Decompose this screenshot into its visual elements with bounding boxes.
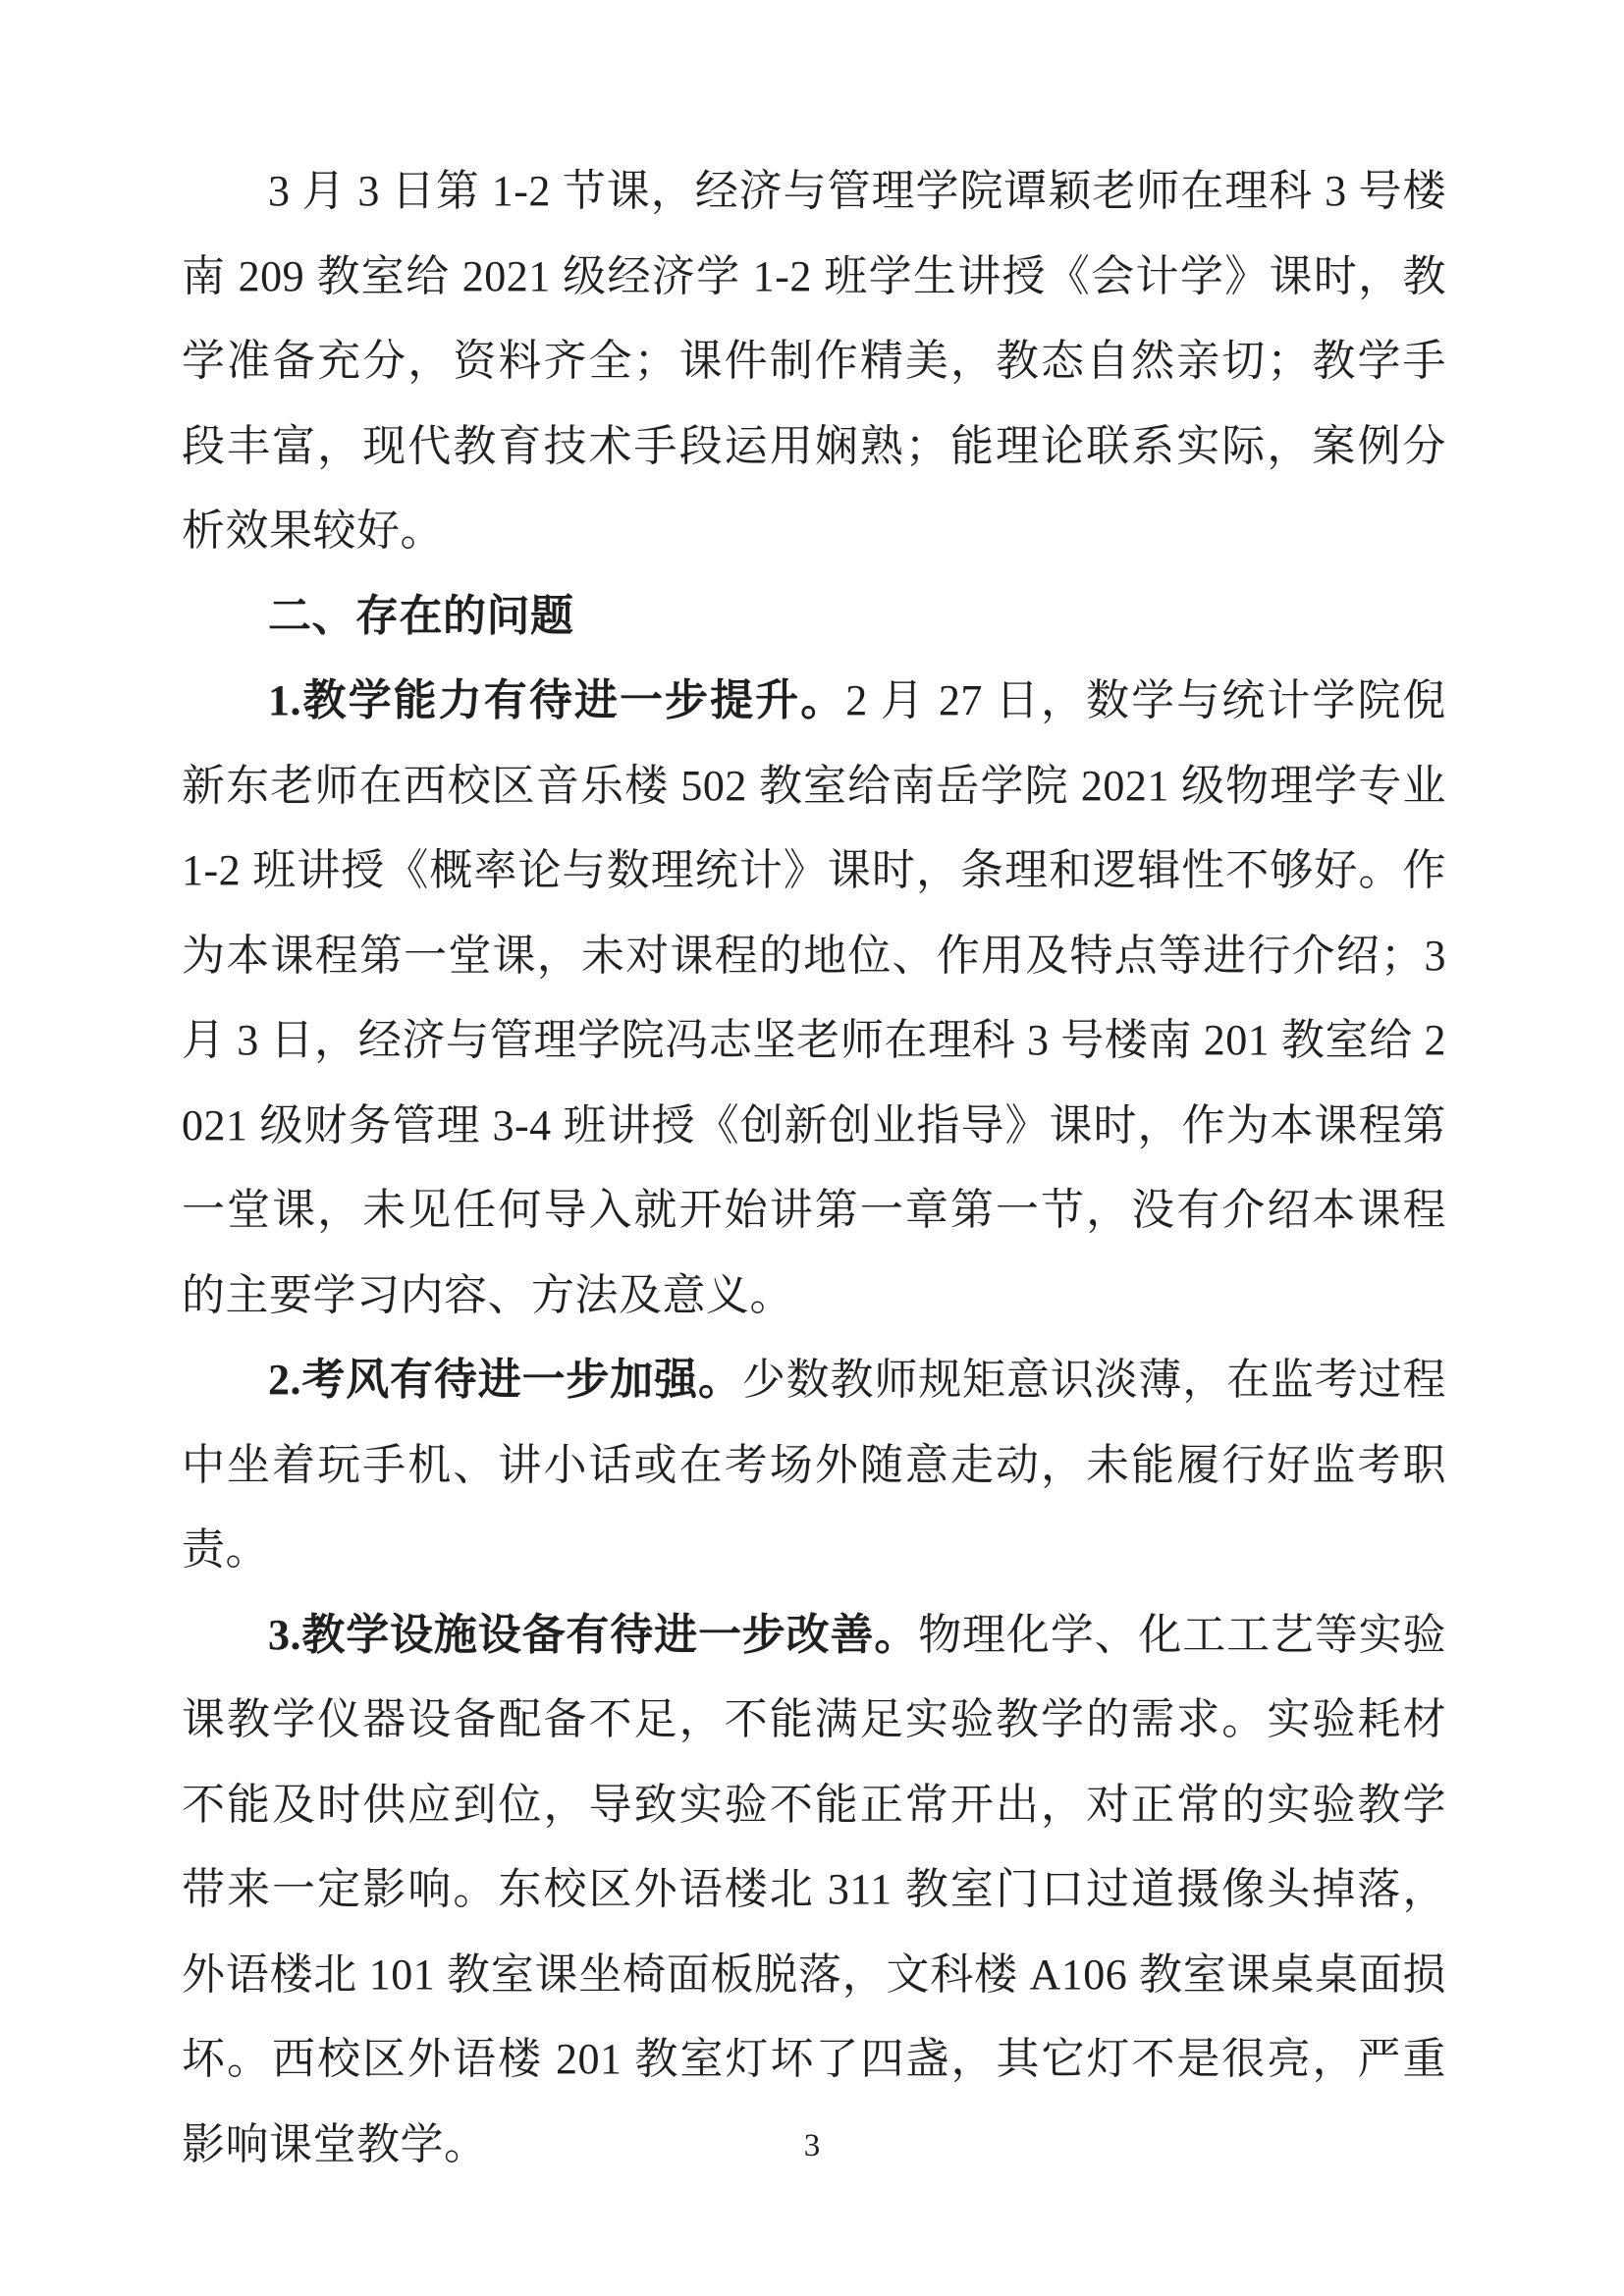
body-text: 3 月 3 日第 1-2 节课，经济与管理学院谭颖老师在理科 3 号楼南 209… xyxy=(182,167,1446,555)
paragraph: 1.教学能力有待进一步提升。2 月 27 日，数学与统计学院倪新东老师在西校区音… xyxy=(182,659,1446,1338)
section-heading: 二、存在的问题 xyxy=(182,574,1446,660)
emphasis-text: 二、存在的问题 xyxy=(268,592,574,640)
paragraph: 2.考风有待进一步加强。少数教师规矩意识淡薄，在监考过程中坐着玩手机、讲小话或在… xyxy=(182,1338,1446,1593)
paragraph: 3 月 3 日第 1-2 节课，经济与管理学院谭颖老师在理科 3 号楼南 209… xyxy=(182,149,1446,574)
document-page: 3 月 3 日第 1-2 节课，经济与管理学院谭颖老师在理科 3 号楼南 209… xyxy=(0,0,1624,2296)
body-text: 物理化学、化工工艺等实验课教学仪器设备配备不足，不能满足实验教学的需求。实验耗材… xyxy=(182,1611,1446,2168)
emphasis-text: 2.考风有待进一步加强。 xyxy=(268,1356,742,1404)
body-text: 2 月 27 日，数学与统计学院倪新东老师在西校区音乐楼 502 教室给南岳学院… xyxy=(182,676,1446,1319)
document-body: 3 月 3 日第 1-2 节课，经济与管理学院谭颖老师在理科 3 号楼南 209… xyxy=(182,149,1446,2187)
page-number: 3 xyxy=(0,2128,1624,2164)
paragraph: 3.教学设施设备有待进一步改善。物理化学、化工工艺等实验课教学仪器设备配备不足，… xyxy=(182,1593,1446,2188)
emphasis-text: 3.教学设施设备有待进一步改善。 xyxy=(268,1611,918,1659)
emphasis-text: 1.教学能力有待进一步提升。 xyxy=(268,676,845,724)
